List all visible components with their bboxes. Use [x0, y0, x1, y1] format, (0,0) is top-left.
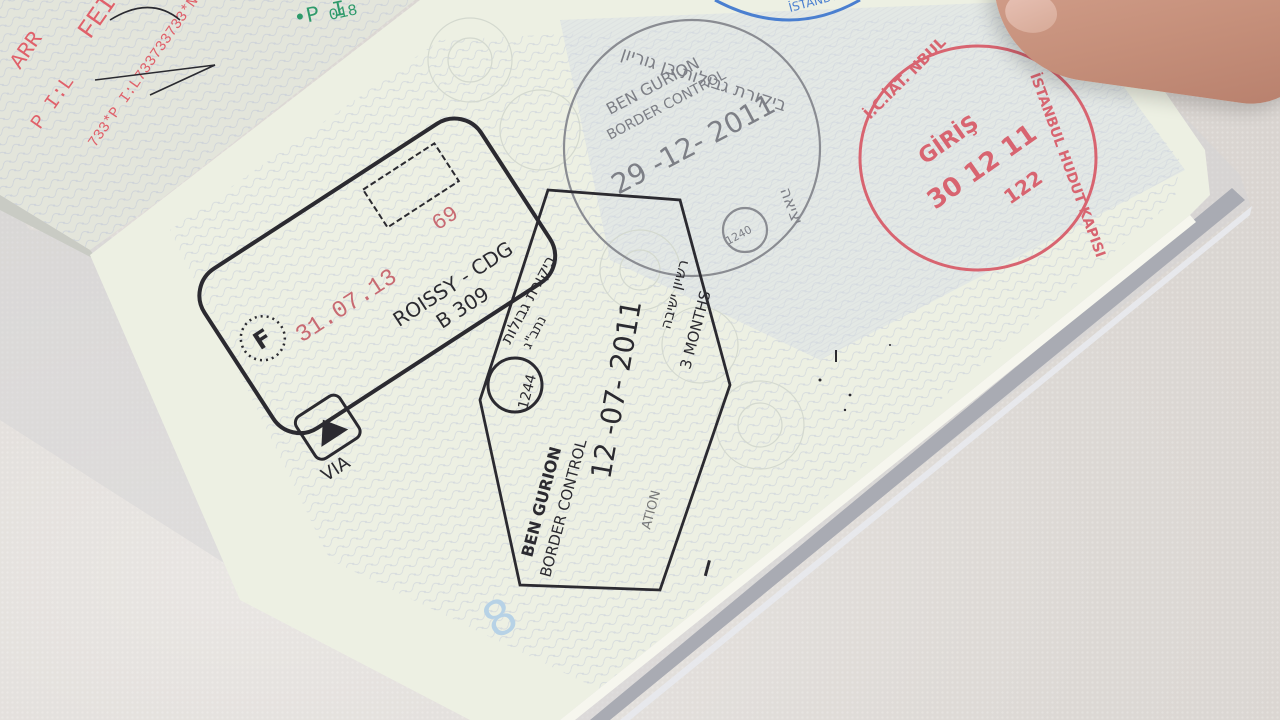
fingernail — [1003, 0, 1060, 36]
passport-scene: 8 FEI ARR P I:L 733*P I:L733733733*NINOY… — [0, 0, 1280, 720]
